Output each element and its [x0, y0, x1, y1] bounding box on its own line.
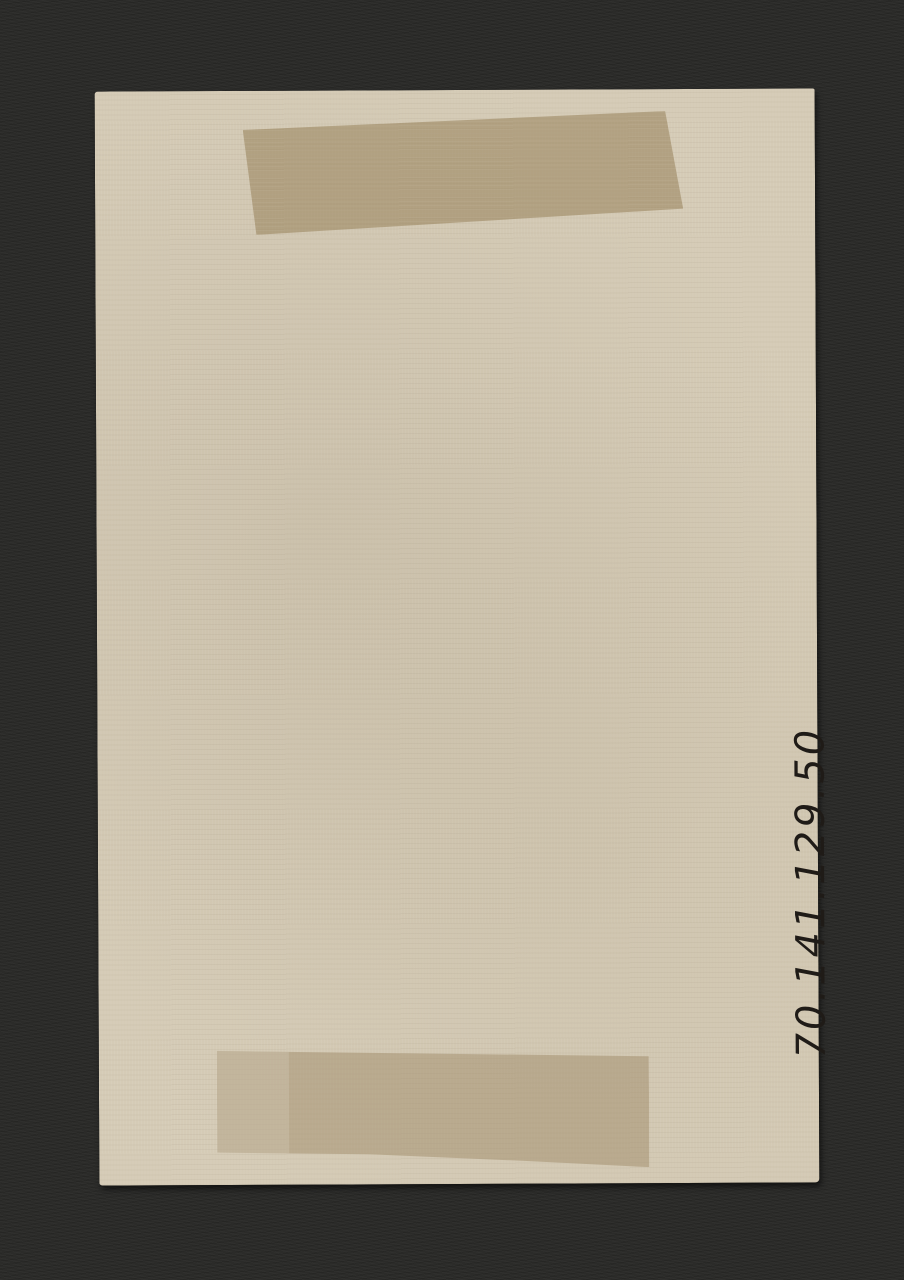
tape-strip-bottom [217, 1049, 650, 1169]
accession-number: 70.141.129.50 [787, 727, 834, 1059]
tape-overlap [217, 1051, 290, 1169]
tape-strip-top [243, 111, 684, 235]
paper-card: 70.141.129.50 [95, 88, 820, 1185]
